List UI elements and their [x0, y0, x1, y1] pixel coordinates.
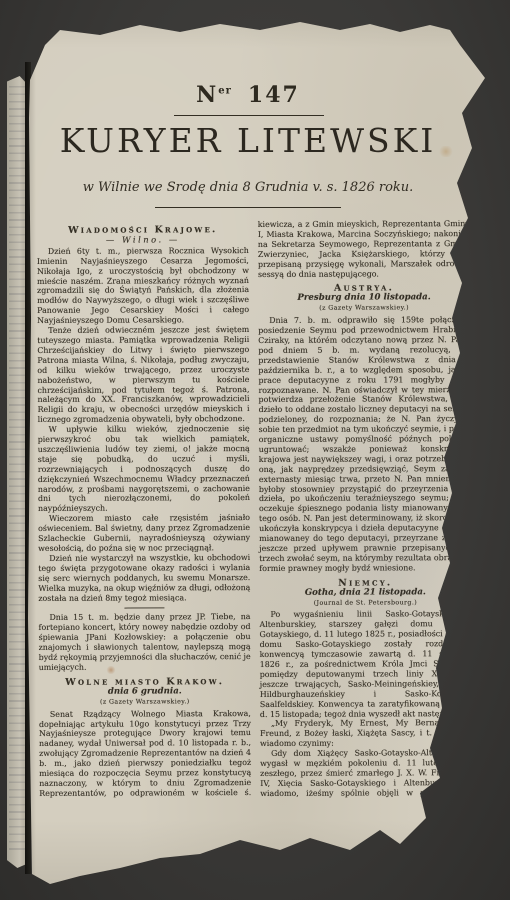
masthead-dateline: w Wilnie we Srodę dnia 8 Grudnia v. s. 1…	[24, 180, 472, 195]
masthead-rule-bottom	[155, 207, 341, 208]
article-paragraph: Dnia 7. b. m. odprawiło się 159te połącz…	[258, 315, 471, 573]
article-source: (z Gazety Warszawskiey.)	[39, 697, 251, 708]
article-paragraph: Wieczorem miasto całe rzęsistém jaśniało…	[38, 513, 250, 554]
article-column-right: kiewicza, a z Gmin mieyskich, Reprezenta…	[258, 219, 473, 798]
article-paragraph: Dzień nie wystarczył na wszystkie, ku ob…	[38, 553, 250, 603]
article-source: (z Gazety Warszawskiey.)	[258, 303, 470, 314]
article-paragraph: Gdy dom Xiążęcy Sasko-Gotaysko-Altenburg…	[260, 748, 472, 799]
article-paragraph: kiewicza, a z Gmin mieyskich, Reprezenta…	[258, 219, 470, 279]
article-paragraph: W upływie kilku wieków, zjednoczenie się…	[38, 424, 250, 514]
article-dateline: Gotha, dnia 21 listopada.	[259, 588, 471, 599]
article-paragraph: Dzień 6ty t. m., pierwsza Rocznica Wysok…	[37, 246, 249, 326]
article-paragraph: Dnia 15 t. m. będzie dany przez JP. Tieb…	[38, 612, 250, 672]
masthead-rule-top	[174, 115, 324, 116]
issue-number-superscript: er	[218, 86, 232, 97]
issue-number: Ner147	[24, 82, 472, 108]
scanned-newspaper-photo: { "page": { "background_color": "#3a3937…	[0, 0, 510, 900]
article-paragraph: „My Fryderyk, My Ernest, My Bernard-Eryk…	[260, 718, 472, 749]
article-columns: Wiadomości Krajowe.— Wilno. —Dzień 6ty t…	[37, 219, 474, 799]
article-source: (Journal de St. Petersbourg.)	[259, 598, 471, 609]
newspaper-page: Ner147 KURYER LITEWSKI w Wilnie we Srodę…	[24, 18, 496, 890]
article-place: — Wilno. —	[37, 235, 249, 246]
newspaper-title: KURYER LITEWSKI	[24, 121, 472, 160]
article-paragraph: Po wygaśnieniu linii Sasko-Gotayskiey i …	[259, 609, 471, 719]
article-rule	[124, 607, 164, 608]
issue-number-value: 147	[248, 82, 300, 108]
issue-number-prefix: N	[196, 82, 218, 108]
article-paragraph: Senat Rządzący Wolnego Miasta Krakowa, d…	[39, 709, 252, 799]
article-column-left: Wiadomości Krajowe.— Wilno. —Dzień 6ty t…	[37, 220, 252, 799]
article-paragraph: Tenże dzień odwieczném jeszcze jest świę…	[37, 325, 249, 425]
